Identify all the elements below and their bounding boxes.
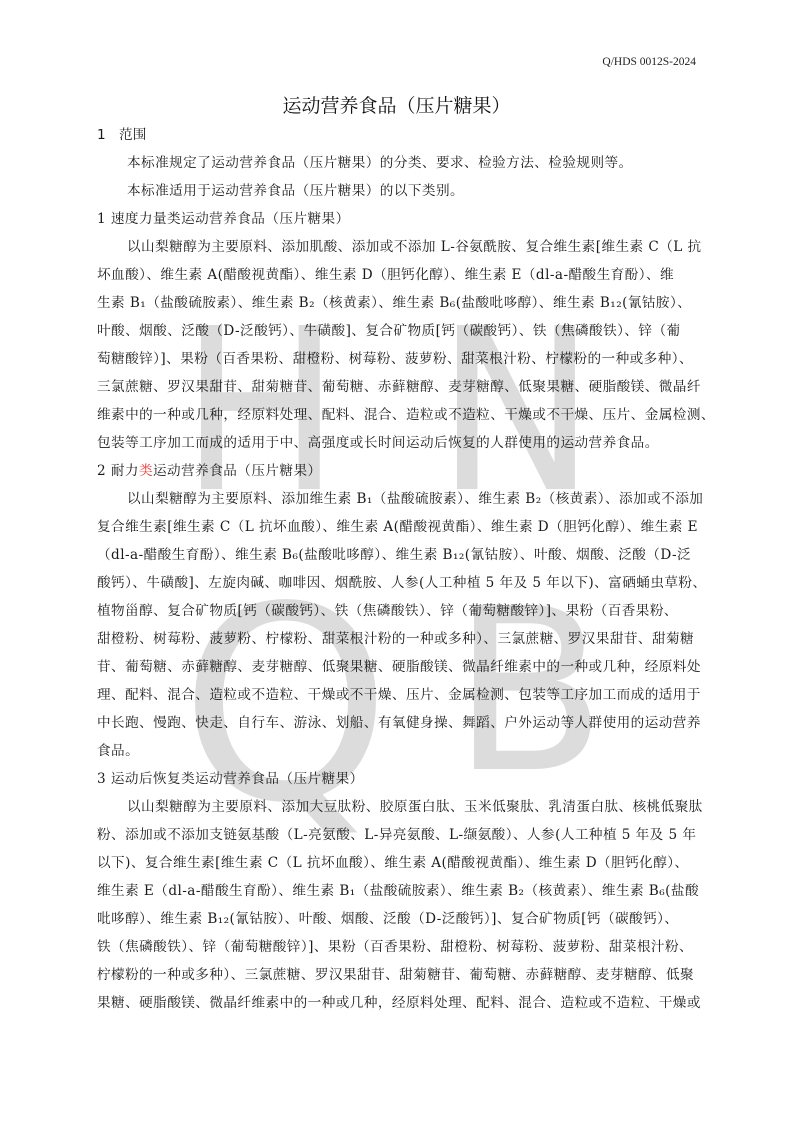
heading-prefix: 2 耐力: [97, 463, 139, 479]
category1-line: 生素 B₁（盐酸硫胺素）、维生素 B₂（核黄素）、维生素 B₆(盐酸吡哆醇）、维…: [97, 293, 699, 313]
category2-line: 理、配料、混合、造粒或不造粒、干燥或不干燥、压片、金属检测、包装等工序加工而成的…: [97, 685, 699, 705]
category3-line: 柠檬粉的一种或多种）、三氯蔗糖、罗汉果甜苷、甜菊糖苷、葡萄糖、赤藓糖醇、麦芽糖醇…: [97, 965, 699, 985]
heading-suffix: 运动营养食品（压片糖果）: [153, 463, 322, 479]
category1-line: 坏血酸）、维生素 A(醋酸视黄酯）、维生素 D（胆钙化醇）、维生素 E（dl-a…: [97, 265, 699, 285]
category-heading-endurance: 2 耐力类运动营养食品（压片糖果）: [97, 461, 699, 481]
category3-line: 吡哆醇）、维生素 B₁₂(氰钴胺）、叶酸、烟酸、泛酸（D-泛酸钙）]、复合矿物质…: [97, 909, 699, 929]
document-title: 运动营养食品（压片糖果）: [0, 91, 793, 118]
category2-line: 中长跑、慢跑、快走、自行车、游泳、划船、有氧健身操、舞蹈、户外运动等人群使用的运…: [97, 713, 699, 733]
category2-line: 酸钙）、牛磺酸]、左旋肉碱、咖啡因、烟酰胺、人参(人工种植 5 年及 5 年以下…: [97, 573, 699, 593]
standard-code: Q/HDS 0012S-2024: [602, 56, 696, 68]
category1-line: 以山梨糖醇为主要原料、添加肌酸、添加或不添加 L-谷氨酰胺、复合维生素[维生素 …: [127, 237, 699, 257]
scope-paragraph-2: 本标准适用于运动营养食品（压片糖果）的以下类别。: [127, 181, 699, 201]
category3-line: 以山梨糖醇为主要原料、添加大豆肽粉、胶原蛋白肽、玉米低聚肽、乳清蛋白肽、核桃低聚…: [127, 797, 699, 817]
category2-line: 甜橙粉、树莓粉、菠萝粉、柠檬粉、甜菜根汁粉的一种或多种）、三氯蔗糖、罗汉果甜苷、…: [97, 629, 699, 649]
category1-line: 三氯蔗糖、罗汉果甜苷、甜菊糖苷、葡萄糖、赤藓糖醇、麦芽糖醇、低聚果糖、硬脂酸镁、…: [97, 377, 699, 397]
category1-line: 维素中的一种或几种，经原料处理、配料、混合、造粒或不造粒、干燥或不干燥、压片、金…: [97, 405, 699, 425]
category3-line: 粉、添加或不添加支链氨基酸（L-亮氨酸、L-异亮氨酸、L-缬氨酸）、人参(人工种…: [97, 825, 699, 845]
category-heading-speed-strength: 1 速度力量类运动营养食品（压片糖果）: [97, 209, 699, 229]
category2-line: 苷、葡萄糖、赤藓糖醇、麦芽糖醇、低聚果糖、硬脂酸镁、微晶纤维素中的一种或几种，经…: [97, 657, 699, 677]
category2-line: 以山梨糖醇为主要原料、添加维生素 B₁（盐酸硫胺素）、维生素 B₂（核黄素）、添…: [127, 489, 699, 509]
category3-line: 铁（焦磷酸铁）、锌（葡萄糖酸锌）]、果粉（百香果粉、甜橙粉、树莓粉、菠萝粉、甜菜…: [97, 937, 699, 957]
category-heading-recovery: 3 运动后恢复类运动营养食品（压片糖果）: [97, 769, 699, 789]
section-heading-scope: 1范围: [97, 125, 699, 145]
category3-line: 维生素 E（dl-a-醋酸生育酚）、维生素 B₁（盐酸硫胺素）、维生素 B₂（核…: [97, 881, 699, 901]
category1-line: 萄糖酸锌）]、果粉（百香果粉、甜橙粉、树莓粉、菠萝粉、甜菜根汁粉、柠檬粉的一种或…: [97, 349, 699, 369]
document-page: H N Q B Q/HDS 0012S-2024 运动营养食品（压片糖果） 1范…: [0, 0, 793, 1122]
category3-line: 以下)、复合维生素[维生素 C（L 抗坏血酸）、维生素 A(醋酸视黄酯）、维生素…: [97, 853, 699, 873]
category1-line: 包装等工序加工而成的适用于中、高强度或长时间运动后恢复的人群使用的运动营养食品。: [97, 433, 699, 453]
category2-line: 植物甾醇、复合矿物质[钙（碳酸钙）、铁（焦磷酸铁）、锌（葡萄糖酸锌）]、果粉（百…: [97, 601, 699, 621]
category3-line: 果糖、硬脂酸镁、微晶纤维素中的一种或几种，经原料处理、配料、混合、造粒或不造粒、…: [97, 993, 699, 1013]
section-number: 1: [97, 125, 119, 145]
highlighted-char: 类: [139, 463, 153, 479]
scope-paragraph-1: 本标准规定了运动营养食品（压片糖果）的分类、要求、检验方法、检验规则等。: [127, 153, 699, 173]
section-title: 范围: [119, 127, 147, 143]
category2-line: （dl-a-醋酸生育酚）、维生素 B₆(盐酸吡哆醇）、维生素 B₁₂(氰钴胺）、…: [97, 545, 699, 565]
category1-line: 叶酸、烟酸、泛酸（D-泛酸钙）、牛磺酸]、复合矿物质[钙（碳酸钙）、铁（焦磷酸铁…: [97, 321, 699, 341]
category2-line: 复合维生素[维生素 C（L 抗坏血酸）、维生素 A(醋酸视黄酯）、维生素 D（胆…: [97, 517, 699, 537]
category2-line: 食品。: [97, 741, 699, 761]
